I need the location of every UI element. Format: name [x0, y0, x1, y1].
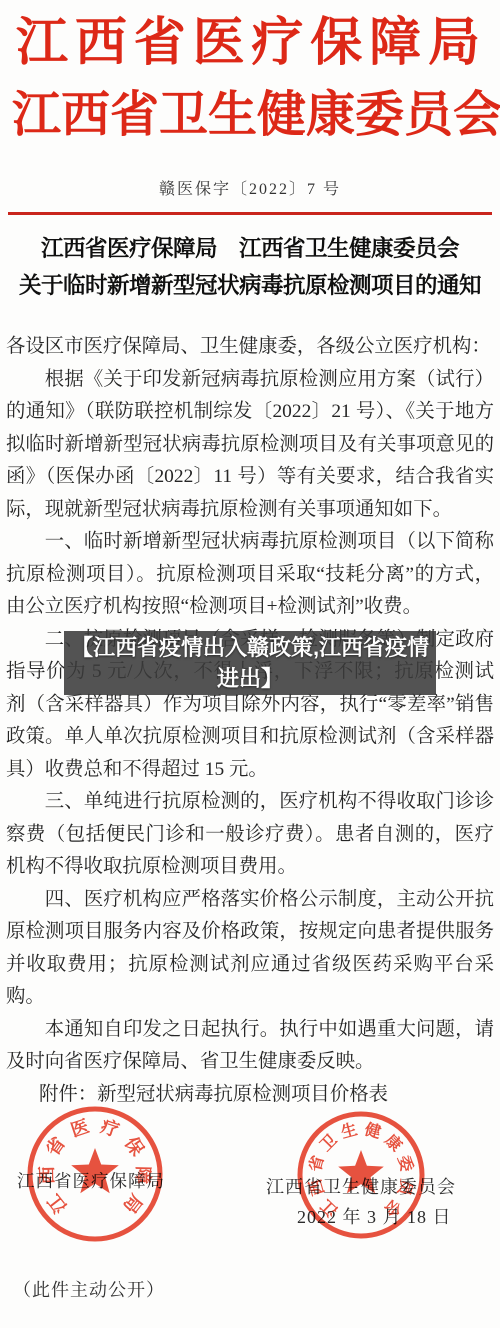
svg-text:保: 保: [121, 1133, 149, 1160]
svg-text:障: 障: [133, 1166, 154, 1185]
svg-text:康: 康: [381, 1130, 406, 1155]
svg-text:省: 省: [42, 1133, 70, 1160]
svg-text:医: 医: [68, 1116, 91, 1141]
paragraph-item-1: 一、临时新增新型冠状病毒抗原检测项目（以下简称抗原检测项目）。抗原检测项目采取“…: [6, 526, 494, 624]
svg-text:疗: 疗: [97, 1115, 122, 1141]
disclosure-note: （此件主动公开）: [13, 1276, 165, 1302]
watermark-overlay: 【江西省疫情出入赣政策,江西省疫情进出】: [64, 631, 436, 695]
document-body: 各设区市医疗保障局、卫生健康委，各级公立医疗机构： 根据《关于印发新冠病毒抗原检…: [0, 331, 500, 1111]
official-seal-health-commission: 江西省卫生健康委员会: [294, 1108, 428, 1242]
svg-text:江: 江: [317, 1195, 342, 1220]
official-seal-medical-security-bureau: 江西省医疗保障局: [24, 1103, 166, 1245]
svg-text:局: 局: [119, 1190, 146, 1216]
svg-text:员: 员: [394, 1177, 416, 1198]
svg-text:西: 西: [306, 1177, 328, 1197]
svg-text:西: 西: [37, 1166, 57, 1184]
signature-block: 江西省医疗保障局 江西省卫生健康委员会 2022 年 3 月 18 日 江西省医…: [0, 1111, 500, 1271]
red-divider: [8, 212, 492, 215]
salutation: 各设区市医疗保障局、卫生健康委，各级公立医疗机构：: [6, 331, 494, 364]
paragraph-execution: 本通知自印发之日起执行。执行中如遇重大问题，请及时向省医疗保障局、省卫生健康委反…: [6, 1014, 494, 1079]
letterhead-org-line2: 江西省卫生健康委员会: [0, 82, 500, 148]
document-title-line1: 江西省医疗保障局 江西省卫生健康委员会: [0, 230, 500, 267]
document-page: 江西省医疗保障局 江西省卫生健康委员会 赣医保字〔2022〕7 号 江西省医疗保…: [0, 0, 500, 1328]
letterhead: 江西省医疗保障局 江西省卫生健康委员会: [0, 0, 500, 148]
letterhead-org-line1: 江西省医疗保障局: [0, 6, 500, 82]
svg-text:生: 生: [339, 1120, 359, 1142]
document-title: 江西省医疗保障局 江西省卫生健康委员会 关于临时新增新型冠状病毒抗原检测项目的通…: [0, 230, 500, 304]
document-number: 赣医保字〔2022〕7 号: [0, 176, 500, 199]
svg-text:会: 会: [381, 1196, 406, 1221]
paragraph-basis: 根据《关于印发新冠病毒抗原检测应用方案（试行）的通知》（联防联控机制综发〔202…: [6, 364, 494, 527]
svg-text:省: 省: [306, 1154, 327, 1174]
svg-text:卫: 卫: [317, 1131, 341, 1155]
svg-text:江: 江: [43, 1190, 70, 1217]
svg-text:委: 委: [394, 1153, 416, 1173]
svg-text:健: 健: [362, 1119, 383, 1142]
paragraph-item-4: 四、医疗机构应严格落实价格公示制度，主动公开抗原检测项目服务内容及价格政策，按规…: [6, 884, 494, 1014]
watermark-text: 【江西省疫情出入赣政策,江西省疫情进出】: [64, 632, 436, 694]
document-title-line2: 关于临时新增新型冠状病毒抗原检测项目的通知: [0, 267, 500, 304]
paragraph-item-3: 三、单纯进行抗原检测的，医疗机构不得收取门诊诊察费（包括便民门诊和一般诊疗费）。…: [6, 786, 494, 884]
